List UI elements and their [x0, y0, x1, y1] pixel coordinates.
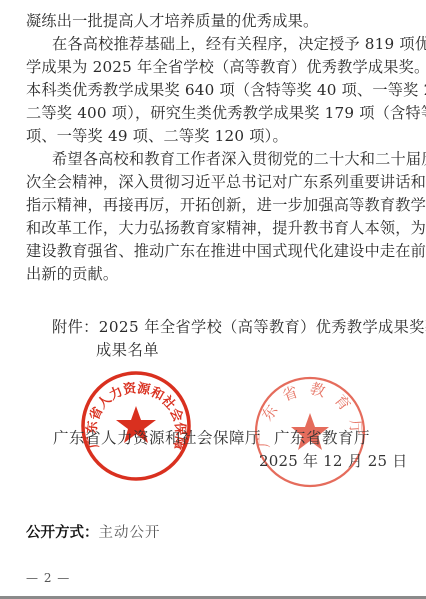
- signature-org-education: 广东省教育厅: [274, 426, 370, 448]
- paragraph-line: 在各高校推荐基础上，经有关程序，决定授予 819 项优秀教: [52, 33, 408, 56]
- attachment-line: 附件：2025 年全省学校（高等教育）优秀教学成果奖获奖: [52, 316, 426, 339]
- signature-date: 2025 年 12 月 25 日: [259, 450, 407, 471]
- paragraph-line: 指示精神，再接再厉，开拓创新，进一步加强高等教育教学研究: [26, 194, 408, 217]
- paragraph-line: 出新的贡献。: [26, 263, 408, 286]
- paragraph-line: 本科类优秀教学成果奖 640 项（含特等奖 40 项、一等奖 200 项、: [26, 79, 408, 102]
- disclosure-label: 公开方式：: [26, 525, 99, 541]
- paragraph-line: 建设教育强省、推动广东在推进中国式现代化建设中走在前列作: [26, 240, 408, 263]
- document-page: 凝练出一批提高人才培养质量的优秀成果。 在各高校推荐基础上，经有关程序，决定授予…: [0, 0, 426, 597]
- paragraph-line: 二等奖 400 项），研究生类优秀教学成果奖 179 项（含特等奖 10: [26, 102, 408, 125]
- disclosure-method: 公开方式：主动公开: [26, 521, 161, 542]
- disclosure-value: 主动公开: [99, 525, 161, 541]
- page-number: — 2 —: [26, 571, 70, 585]
- paragraph-line: 希望各高校和教育工作者深入贯彻党的二十大和二十届历: [52, 148, 408, 171]
- paragraph-line: 学成果为 2025 年全省学校（高等教育）优秀教学成果奖。其中：: [26, 56, 408, 79]
- paragraph-line: 项、一等奖 49 项、二等奖 120 项）。: [26, 125, 408, 148]
- paragraph-line: 和改革工作，大力弘扬教育家精神，提升教书育人本领，为加快: [26, 217, 408, 240]
- attachment-line-continued: 成果名单: [96, 339, 159, 362]
- paragraph-line: 凝练出一批提高人才培养质量的优秀成果。: [26, 10, 408, 33]
- signature-org-hr: 广东省人力资源和社会保障厅: [53, 426, 261, 448]
- paragraph-line: 次全会精神，深入贯彻习近平总书记对广东系列重要讲话和重要: [26, 171, 408, 194]
